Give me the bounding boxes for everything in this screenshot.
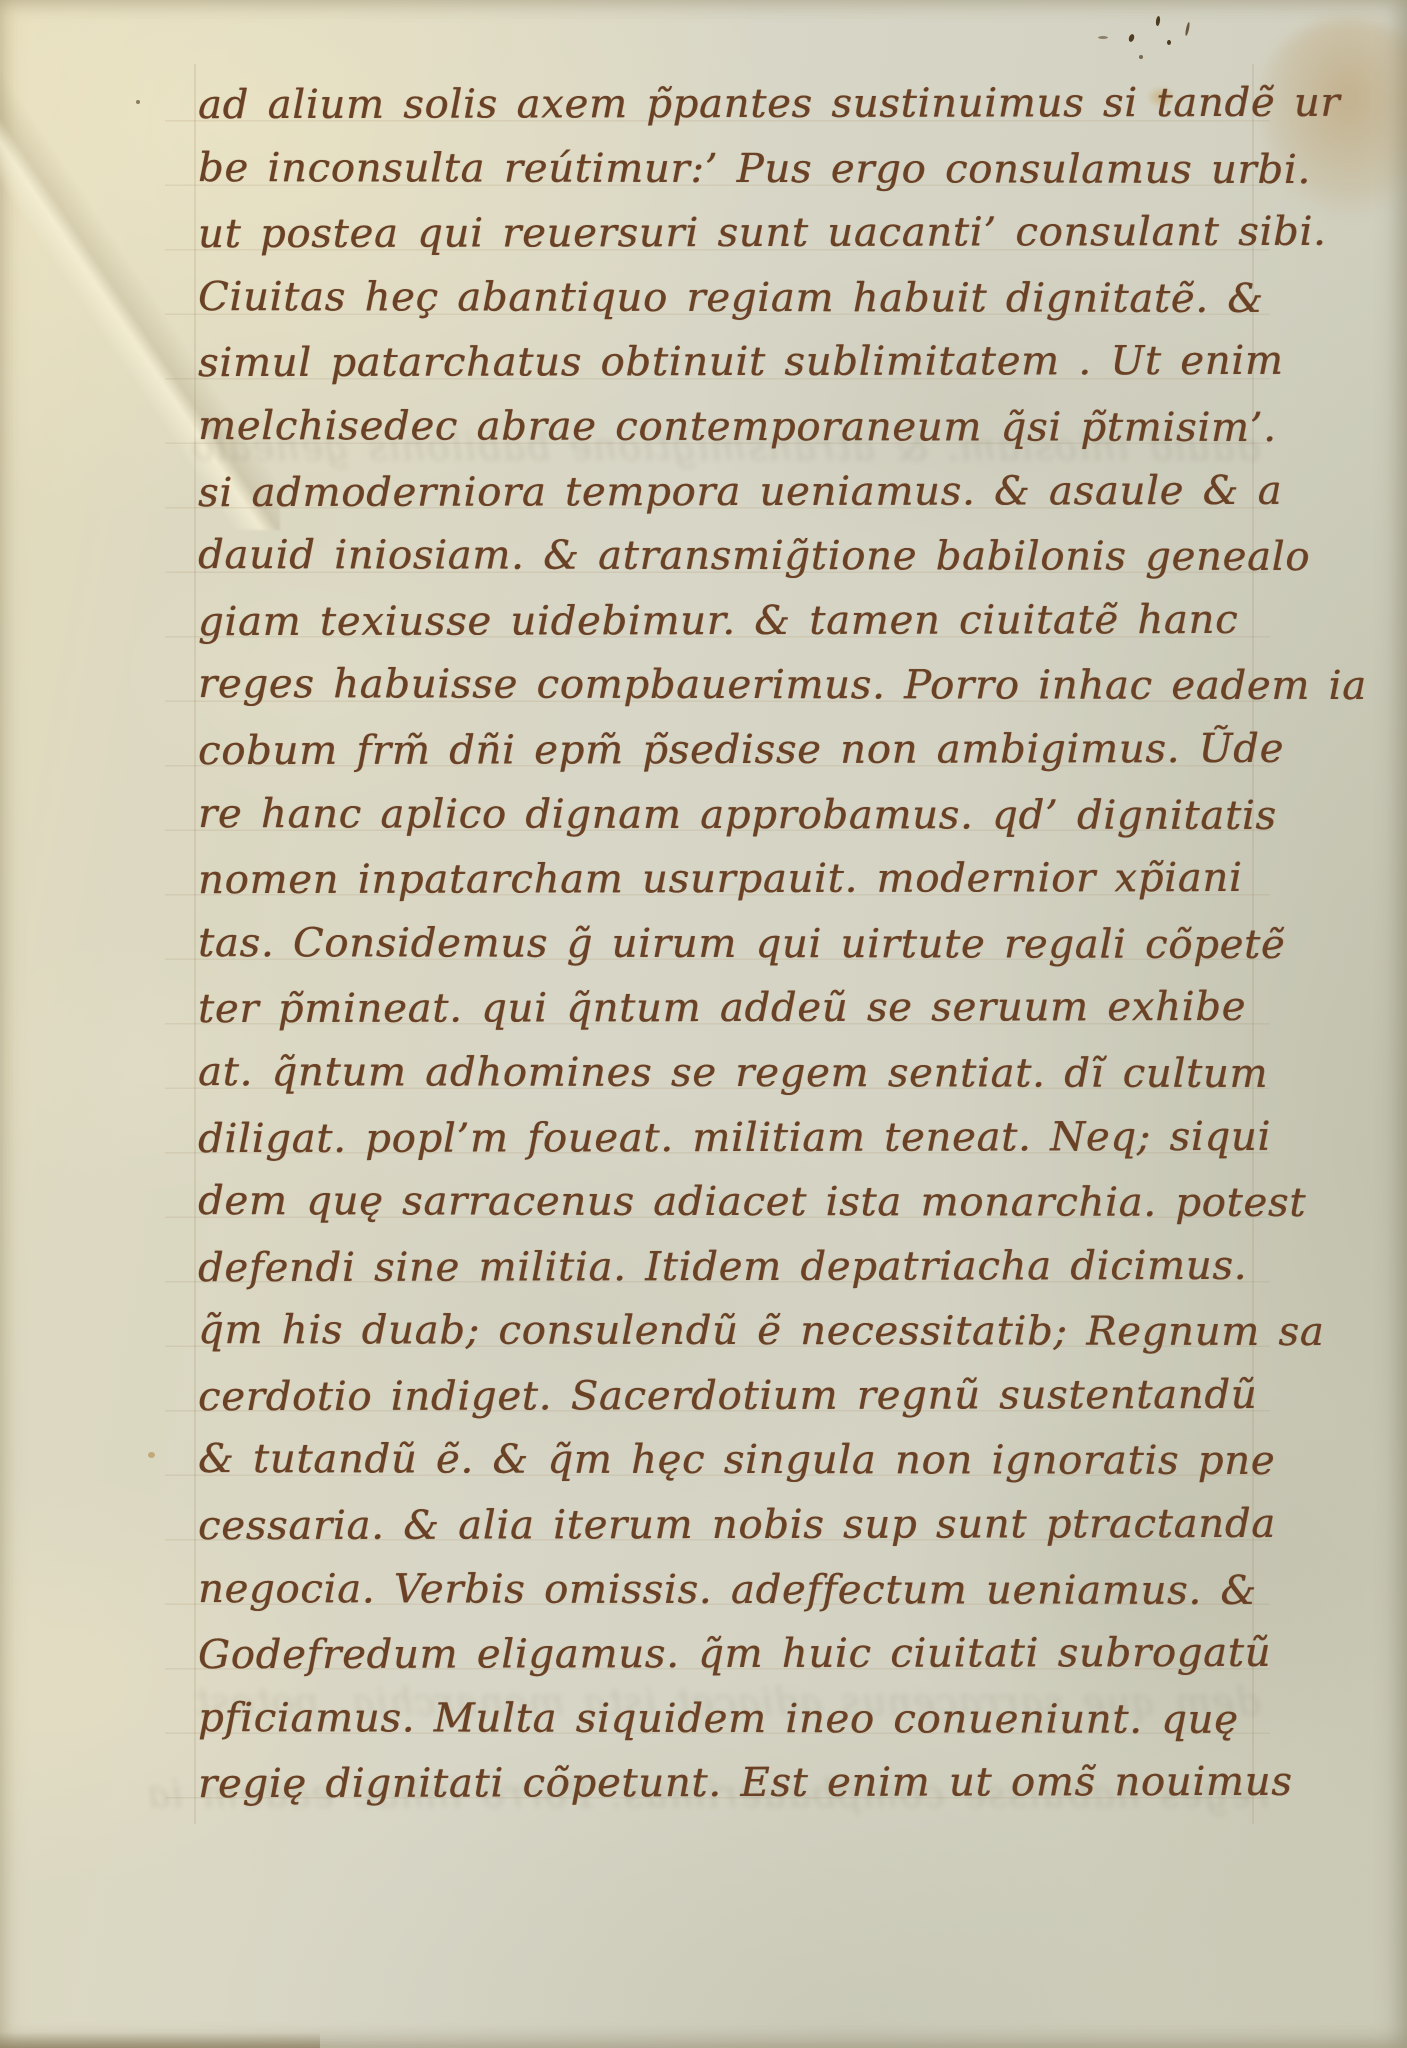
ink-speck <box>1128 33 1135 42</box>
text-block: ad alium solis axem p̃pantes sustinuimus… <box>198 72 1273 1816</box>
ink-speck <box>1185 22 1191 36</box>
text-line: at. q̃ntum adhomines se regem sentiat. d… <box>198 1040 1273 1106</box>
text-line: diligat. popl’m foueat. militiam teneat.… <box>198 1104 1273 1171</box>
ink-speck <box>1139 55 1143 59</box>
text-line: cobum frm̃ dñi epm̃ p̃sedisse non ambigi… <box>198 717 1273 784</box>
text-line: dem quę sarracenus adiacet ista monarchi… <box>198 1169 1273 1235</box>
text-line: negocia. Verbis omissis. adeffectum ueni… <box>198 1557 1273 1623</box>
text-line: tas. Considemus g̃ uirum qui uirtute reg… <box>198 911 1273 977</box>
text-line: Godefredum eligamus. q̃m huic ciuitati s… <box>198 1621 1273 1688</box>
text-line: reges habuisse compbauerimus. Porro inha… <box>198 652 1273 718</box>
manuscript-page: reges habuisse compbauerimus. Porro inha… <box>0 0 1407 2048</box>
text-line: & tutandũ ẽ. & q̃m hęc singula non ignor… <box>198 1428 1273 1494</box>
text-line: defendi sine militia. Itidem depatriacha… <box>198 1234 1273 1301</box>
text-line: pficiamus. Multa siquidem ineo conueniun… <box>198 1686 1273 1752</box>
text-line: melchisedec abrae contemporaneum q̃si p̃… <box>198 394 1273 460</box>
text-line: q̃m his duab; consulendũ ẽ necessitatib;… <box>198 1298 1273 1364</box>
text-line: si admoderniora tempora ueniamus. & asau… <box>198 458 1273 525</box>
text-line: ut postea qui reuersuri sunt uacanti’ co… <box>198 200 1273 267</box>
text-line: be inconsulta reútimur:’ Pus ergo consul… <box>198 136 1273 202</box>
text-line: dauid iniosiam. & atransmig̃tione babilo… <box>198 523 1273 589</box>
ink-speck <box>1098 36 1108 39</box>
text-line: ter p̃mineat. qui q̃ntum addeũ se seruum… <box>198 975 1273 1042</box>
text-line: regię dignitati cõpetunt. Est enim ut om… <box>198 1750 1273 1817</box>
ink-speck <box>1167 40 1171 45</box>
ink-speck <box>136 100 140 104</box>
ruling-frame-left <box>194 64 196 1824</box>
text-line: simul patarchatus obtinuit sublimitatem … <box>198 329 1273 396</box>
page-bottom-edge <box>0 2032 320 2048</box>
text-line: cerdotio indiget. Sacerdotium regnũ sust… <box>198 1363 1273 1430</box>
ink-speck <box>148 1452 155 1458</box>
text-line: cessaria. & alia iterum nobis sup sunt p… <box>198 1492 1273 1559</box>
text-line: ad alium solis axem p̃pantes sustinuimus… <box>198 71 1273 138</box>
ink-speck <box>1155 16 1160 26</box>
text-line: giam texiusse uidebimur. & tamen ciuitat… <box>198 588 1273 655</box>
text-line: re hanc aplico dignam approbamus. qd’ di… <box>198 782 1273 848</box>
text-line: nomen inpatarcham usurpauit. modernior x… <box>198 846 1273 913</box>
text-line: Ciuitas heç abantiquo regiam habuit dign… <box>198 265 1273 331</box>
